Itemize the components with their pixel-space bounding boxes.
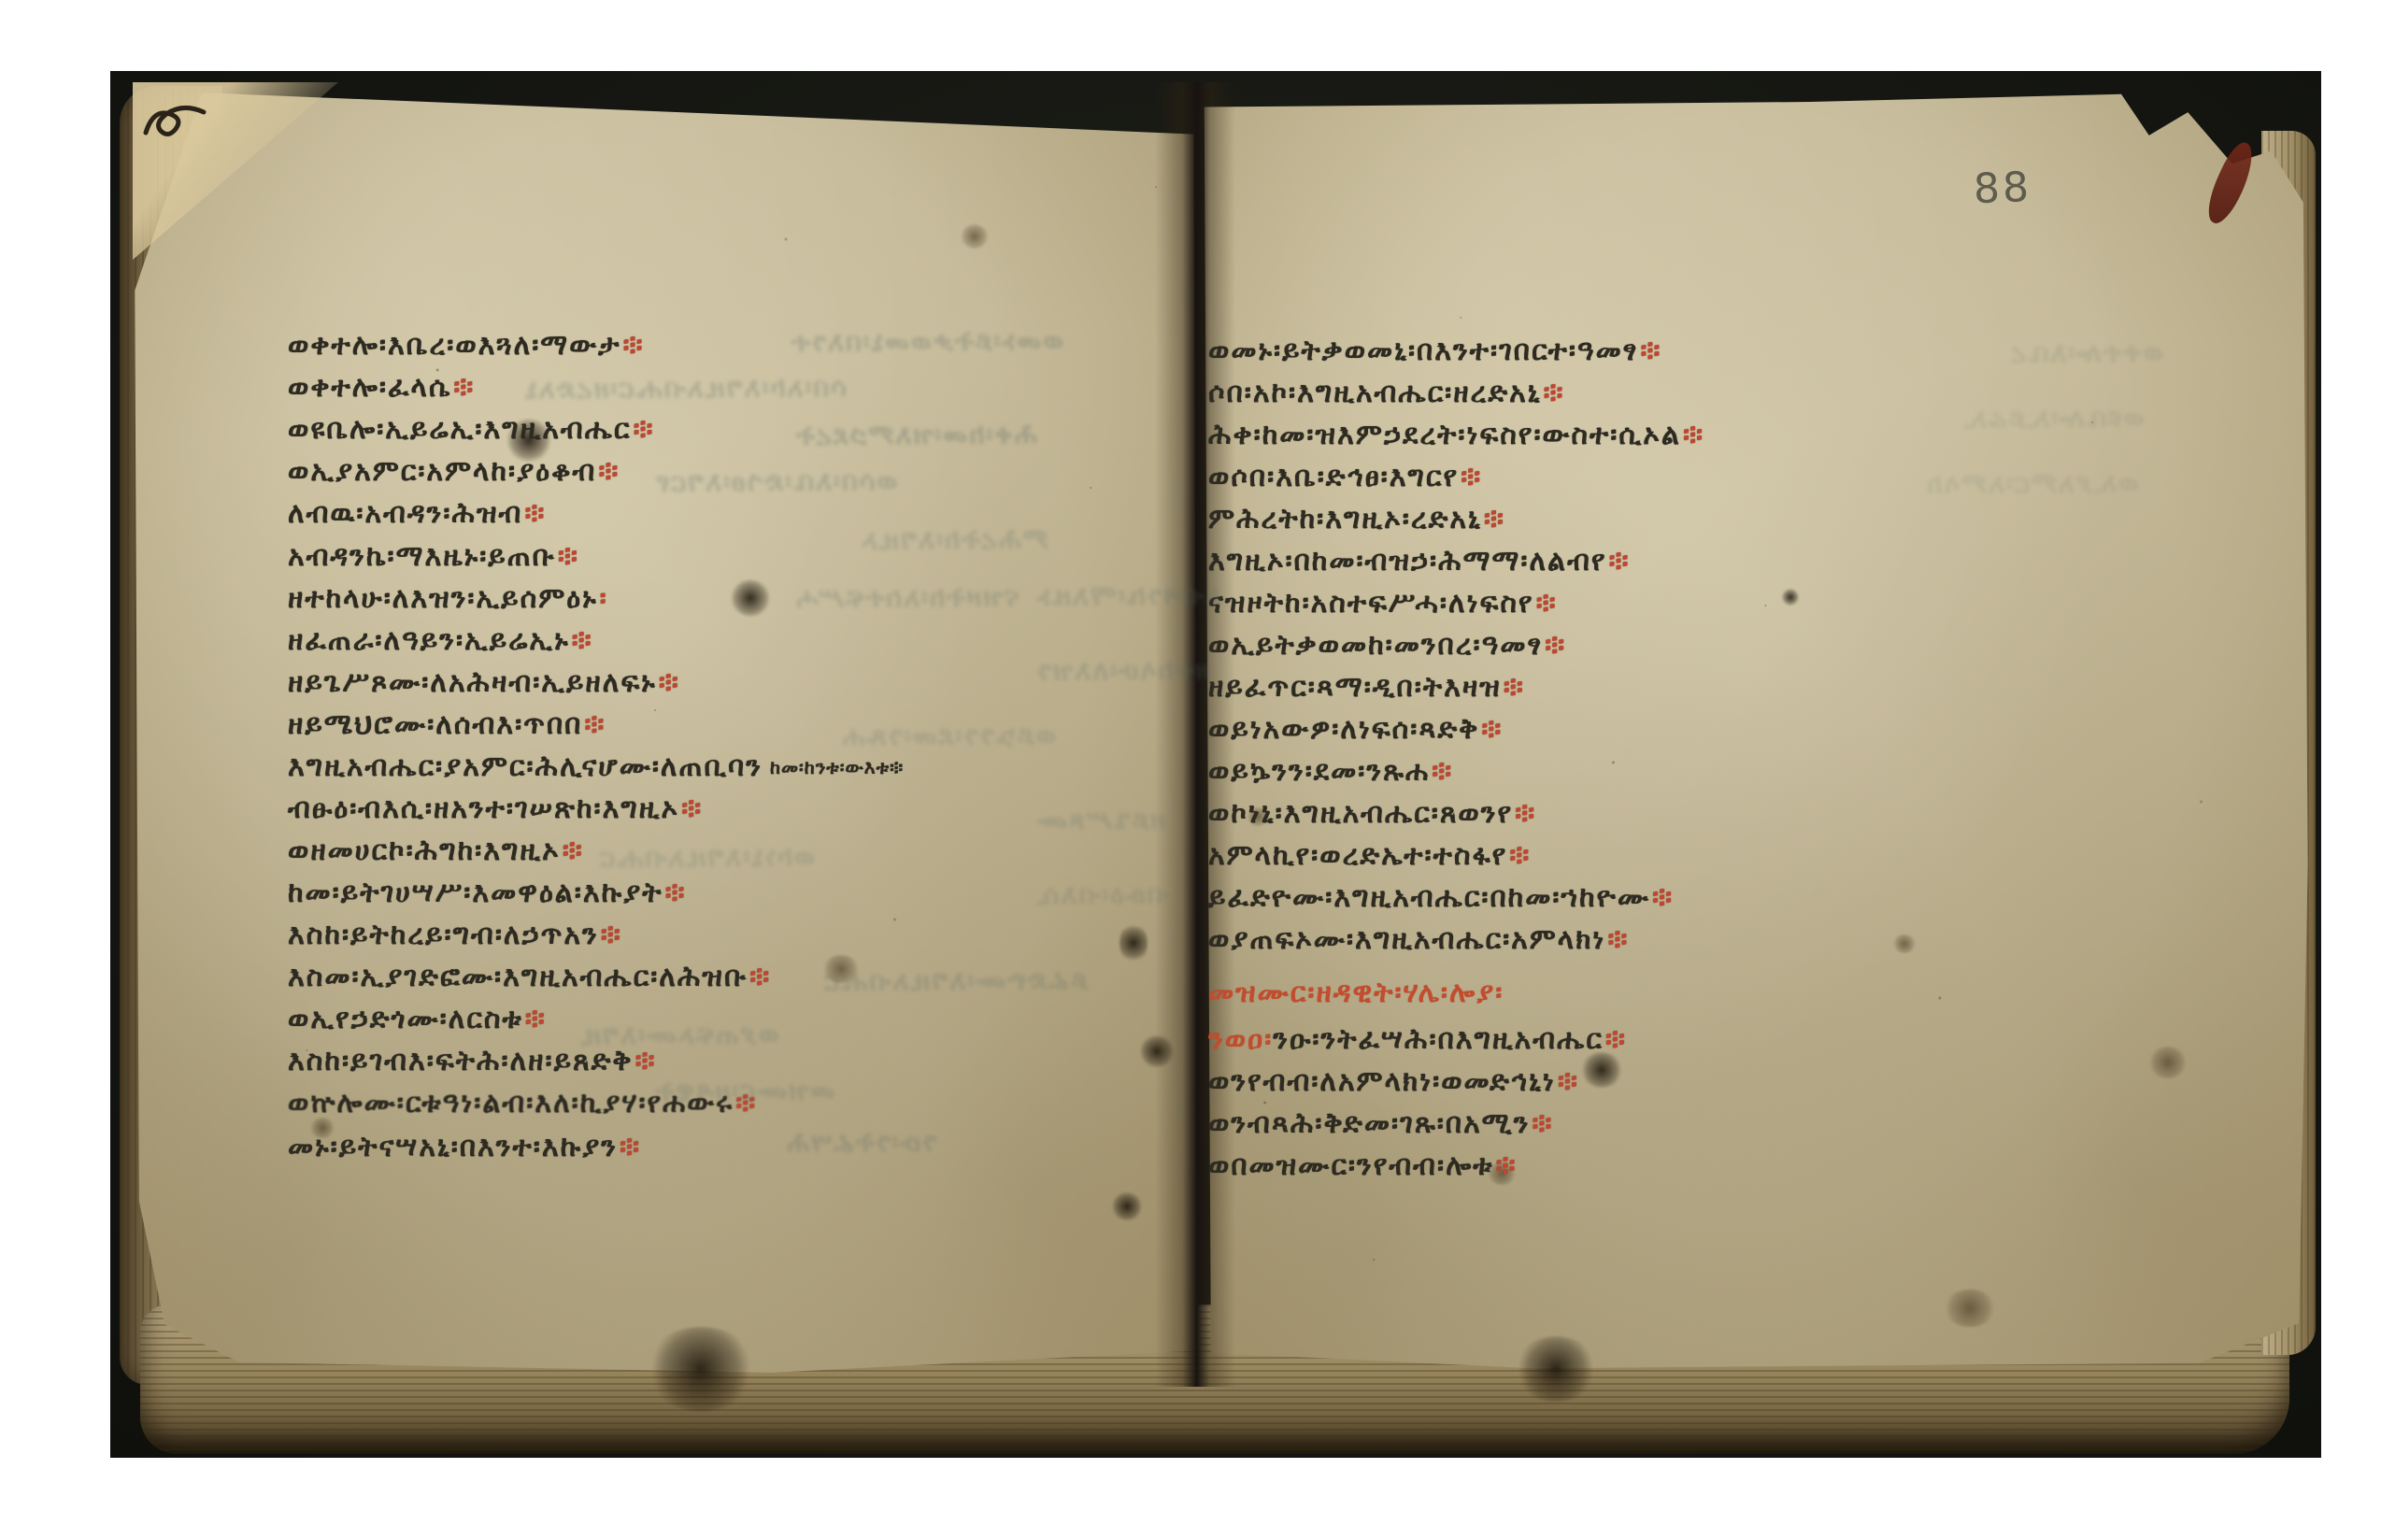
manuscript-photo: ወቀተሎ፡እቤረ፡ወእጓለ፡ማውታ፨ወቀተሎ፡ፈላሴ፨ወዩቤሎ፡ኢይሬኢ፡እግዚ… xyxy=(0,0,2381,1540)
ghost-line-13: አብዳንኬ፡ማእዜኑ xyxy=(1035,578,1221,612)
ghost-line-12: ንዑ፡ንትፈሣሕ xyxy=(785,1125,936,1159)
ghost-line-4: ወሶበ፡እቤ፡ድኅፀ፡እግርየ xyxy=(654,464,897,499)
ghost-line-2: ሶበ፡አኮ፡እግዚአብሔር፡ዘረድአኒ xyxy=(523,371,847,406)
ghost-line-18: ወዩቤሎ፡ኢይሬኢ xyxy=(1962,401,2145,435)
ghost-line-11: መዝሙር፡ዘዳዊት xyxy=(654,1074,835,1107)
ghost-line-8: ወኮነኒ፡እግዚአብሔር xyxy=(598,840,815,875)
ghost-line-9: ይፈድዮሙ፡እግዚአብሔር xyxy=(822,963,1088,998)
ghost-line-10: ወያጠፍኦሙ፡እግዚ xyxy=(579,1018,779,1051)
ghost-line-16: ብፁዕ፡ብእሲ xyxy=(1035,878,1169,912)
ghost-line-17: ወቀተሎ፡እቤረ xyxy=(2009,335,2163,369)
ghost-line-19: ወኢያአምር፡አምላከ xyxy=(1925,466,2139,501)
ghost-line-1: ወመኑ፡ይትቃወመኒ፡በእንተ xyxy=(790,324,1063,359)
ghost-line-6: ናዝዞትከ፡አስተፍሥሓ xyxy=(794,580,1019,615)
ghost-line-15: ዘይጌሥጾሙ xyxy=(1035,804,1165,837)
bleedthrough-text-layer: ወመኑ፡ይትቃወመኒ፡በእንተሶበ፡አኮ፡እግዚአብሔር፡ዘረድአኒሕቀ፡ከመ፡… xyxy=(0,0,2381,1540)
ghost-line-7: ወይኴንን፡ደመ፡ንጹሐ xyxy=(841,719,1056,753)
ghost-line-5: ምሕረትከ፡እግዚኦ xyxy=(860,522,1048,556)
folio-number: 88 xyxy=(1973,164,2032,213)
ghost-line-14: ዘተከላሁ፡ለእዝን xyxy=(1035,653,1210,687)
ghost-line-3: ሕቀ፡ከመ፡ዝእምኃደረት xyxy=(794,418,1037,452)
